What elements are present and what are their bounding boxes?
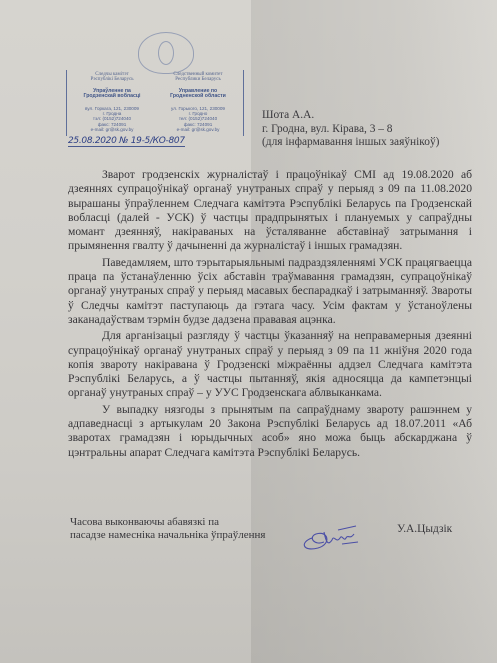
stamp-email: e-mail: gr@sk.gov.by	[155, 127, 241, 132]
signature-block: Часова выконваючы абавязкі па пасадзе на…	[70, 516, 480, 541]
body-paragraph: Зварот гродзенскіх журналістаў і працоўн…	[68, 168, 472, 254]
stamp-email: e-mail: gr@sk.gov.by	[69, 127, 155, 132]
registration-number: 25.08.2020 № 19-5/КО-807	[68, 136, 185, 147]
stamp-belarusian: Следчы камітэт Рэспублікі Беларусь Упраў…	[69, 72, 155, 133]
stamp-unit-line2: Гродненской области	[155, 94, 241, 99]
letterhead-stamp: Следчы камітэт Рэспублікі Беларусь Упраў…	[66, 70, 244, 136]
stamp-russian: Следственный комитет Республики Беларусь…	[155, 72, 241, 133]
stamp-unit-line2: Гродзенскай вобласці	[69, 94, 155, 99]
document-page: Следчы камітэт Рэспублікі Беларусь Упраў…	[0, 0, 497, 663]
letter-body: Зварот гродзенскіх журналістаў і працоўн…	[68, 168, 472, 462]
handwritten-signature-icon	[298, 520, 360, 554]
stamp-unit: Упраўленне па Гродзенскай вобласці	[69, 89, 155, 100]
stamp-org-line2: Республики Беларусь	[155, 77, 241, 82]
addressee-name: Шота А.А.	[262, 109, 439, 123]
body-paragraph: У выпадку нязгоды з прынятым па сапраўдн…	[68, 403, 472, 460]
signatory-name: У.А.Цыдзік	[397, 523, 452, 536]
stamp-org-line2: Рэспублікі Беларусь	[69, 77, 155, 82]
body-paragraph: Паведамляем, што тэрытарыяльнымі падразд…	[68, 256, 472, 327]
body-paragraph: Для арганізацыі разгляду ў частцы ўказан…	[68, 329, 472, 400]
addressee-address: г. Гродна, вул. Кірава, 3 – 8	[262, 123, 439, 137]
addressee-block: Шота А.А. г. Гродна, вул. Кірава, 3 – 8 …	[262, 109, 439, 150]
state-emblem-icon	[138, 32, 194, 74]
stamp-unit: Управление по Гродненской области	[155, 89, 241, 100]
addressee-note: (для інфармавання іншых заяўнікоў)	[262, 136, 439, 150]
